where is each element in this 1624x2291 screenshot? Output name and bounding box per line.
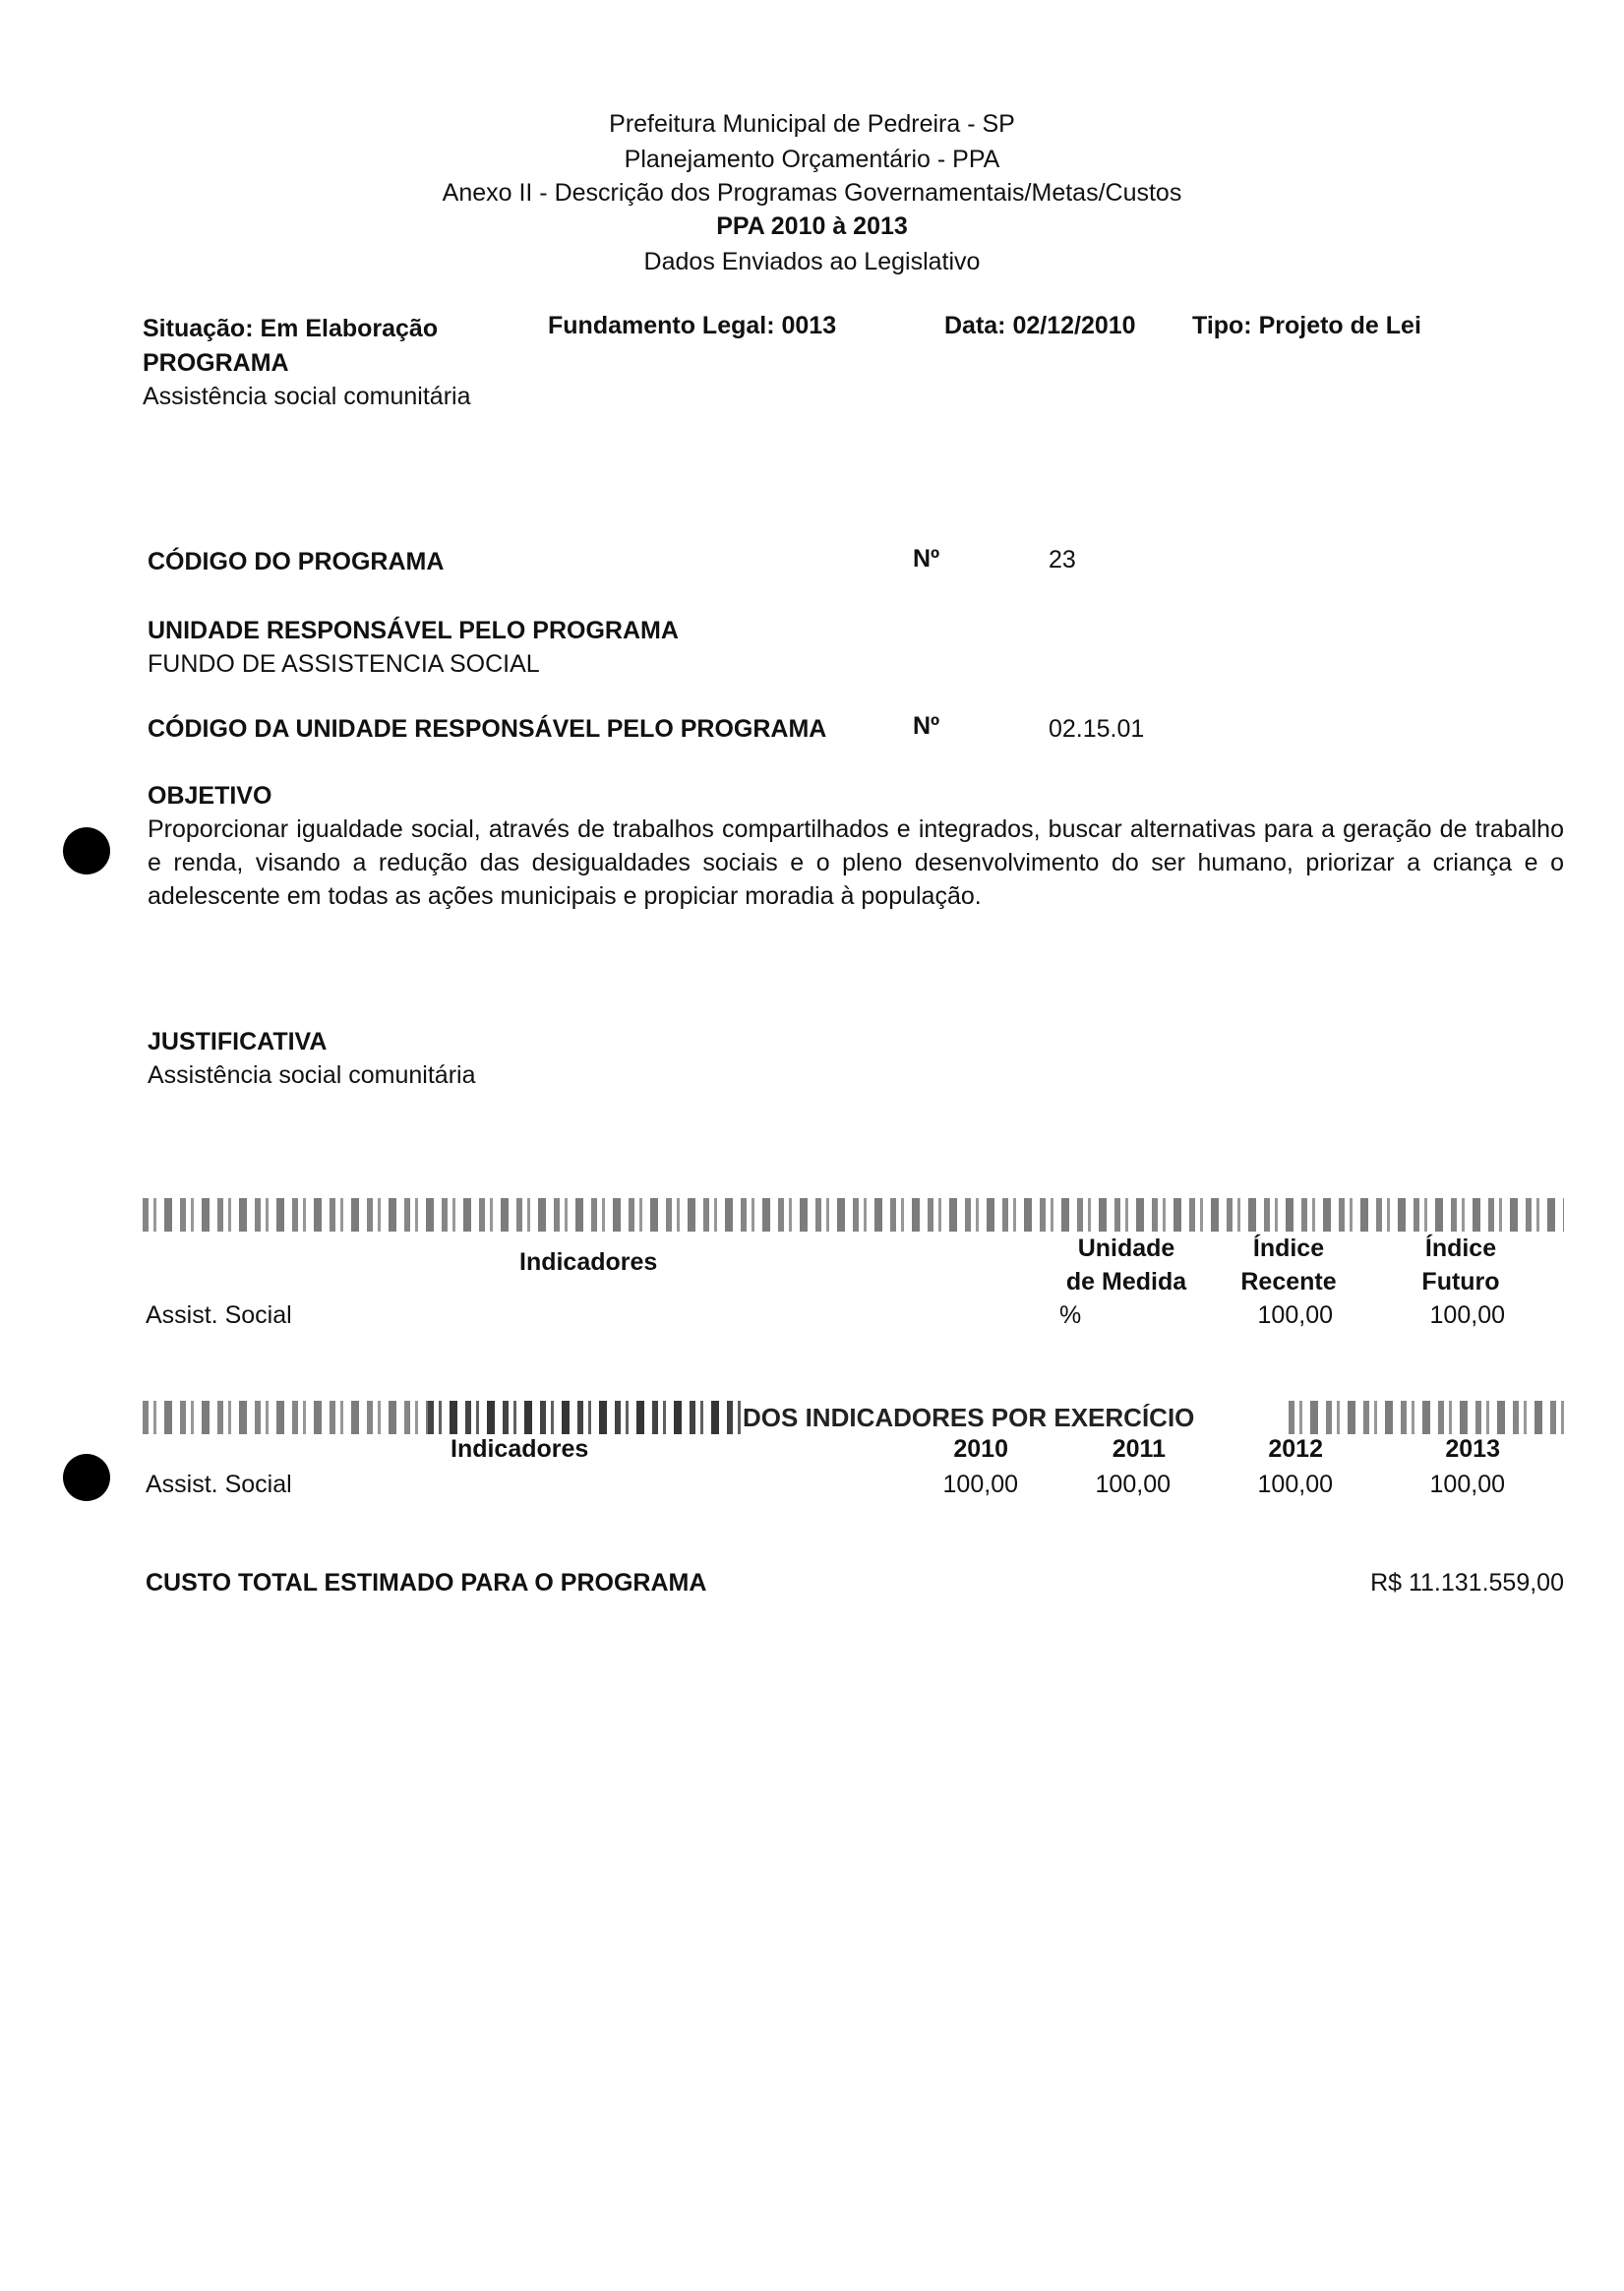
justificativa-value: Assistência social comunitária <box>148 1058 475 1092</box>
cell-indicador: Assist. Social <box>146 1468 292 1501</box>
header-municipality: Prefeitura Municipal de Pedreira - SP <box>0 106 1624 142</box>
exercicio-title-noise-right <box>1289 1401 1564 1434</box>
programa-label: PROGRAMA <box>143 346 289 380</box>
col-header-2010: 2010 <box>905 1432 1008 1466</box>
cell-2013: 100,00 <box>1402 1468 1505 1501</box>
header-planning: Planejamento Orçamentário - PPA <box>0 142 1624 177</box>
cell-2011: 100,00 <box>1067 1468 1171 1501</box>
cell-2012: 100,00 <box>1230 1468 1333 1501</box>
col-header-unidade-2: de Medida <box>1057 1265 1195 1298</box>
objetivo-label: OBJETIVO <box>148 779 271 813</box>
cell-recente: 100,00 <box>1230 1298 1333 1332</box>
header-annex: Anexo II - Descrição dos Programas Gover… <box>0 175 1624 211</box>
status-situacao: Situação: Em Elaboração <box>143 312 438 345</box>
codigo-programa-label: CÓDIGO DO PROGRAMA <box>148 545 444 578</box>
punch-hole-top <box>63 827 110 874</box>
programa-value: Assistência social comunitária <box>143 380 470 413</box>
codigo-programa-no: Nº <box>913 542 939 575</box>
col-header-2011: 2011 <box>1062 1432 1166 1466</box>
col-header-recente-1: Índice <box>1230 1232 1348 1265</box>
unidade-value: FUNDO DE ASSISTENCIA SOCIAL <box>148 647 540 681</box>
document-date: Data: 02/12/2010 <box>944 309 1136 342</box>
document-type: Tipo: Projeto de Lei <box>1192 309 1421 342</box>
col-header-futuro-1: Índice <box>1407 1232 1515 1265</box>
codigo-unidade-label: CÓDIGO DA UNIDADE RESPONSÁVEL PELO PROGR… <box>148 712 826 746</box>
codigo-programa-value: 23 <box>1049 543 1076 576</box>
col-header-futuro-2: Futuro <box>1407 1265 1515 1298</box>
col-header-recente-2: Recente <box>1230 1265 1348 1298</box>
punch-hole-bottom <box>63 1454 110 1501</box>
col-header-indicadores: Indicadores <box>519 1245 657 1279</box>
exercicio-title-noise-redacted <box>428 1401 743 1434</box>
custo-total-value: R$ 11.131.559,00 <box>1279 1566 1564 1599</box>
exercicio-section-title: DOS INDICADORES POR EXERCÍCIO <box>743 1401 1194 1434</box>
col-header-indicadores: Indicadores <box>451 1432 588 1466</box>
header-ppa-period: PPA 2010 à 2013 <box>0 209 1624 244</box>
header-sent-legislative: Dados Enviados ao Legislativo <box>0 244 1624 279</box>
exercicio-title-noise-left <box>143 1401 428 1434</box>
col-header-2012: 2012 <box>1220 1432 1323 1466</box>
objetivo-text: Proporcionar igualdade social, através d… <box>148 813 1564 913</box>
indicadores-section-title-noisy <box>143 1198 1564 1232</box>
cell-2010: 100,00 <box>915 1468 1018 1501</box>
justificativa-label: JUSTIFICATIVA <box>148 1025 327 1058</box>
custo-total-label: CUSTO TOTAL ESTIMADO PARA O PROGRAMA <box>146 1566 706 1599</box>
col-header-2013: 2013 <box>1397 1432 1500 1466</box>
codigo-unidade-no: Nº <box>913 709 939 743</box>
cell-unidade: % <box>1059 1298 1081 1332</box>
cell-futuro: 100,00 <box>1397 1298 1505 1332</box>
unidade-label: UNIDADE RESPONSÁVEL PELO PROGRAMA <box>148 614 679 647</box>
cell-indicador: Assist. Social <box>146 1298 292 1332</box>
codigo-unidade-value: 02.15.01 <box>1049 712 1144 746</box>
col-header-unidade-1: Unidade <box>1057 1232 1195 1265</box>
fundamento-legal: Fundamento Legal: 0013 <box>548 309 836 342</box>
